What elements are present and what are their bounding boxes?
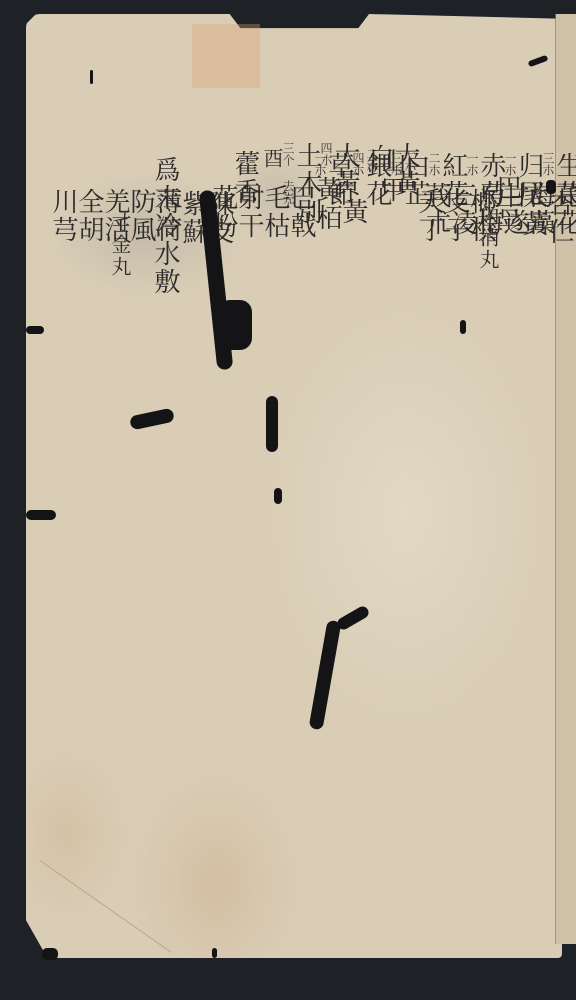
- ingredient: 全胡: [76, 188, 102, 246]
- ingredient: 归尾: [516, 152, 542, 208]
- ink-blot: [266, 396, 278, 452]
- seal-stain: [192, 24, 260, 88]
- ingredient: 防風: [128, 188, 154, 246]
- ingredient: 藿香: [232, 150, 258, 246]
- ingredient: 毛枯: [262, 184, 288, 240]
- ingredient: 黃栢: [314, 176, 340, 240]
- ingredient: 生芪: [554, 152, 576, 208]
- ink-blot: [26, 510, 56, 520]
- ink-blot: [42, 948, 58, 960]
- ink-blot: [218, 300, 252, 350]
- ingredient: 大黃: [392, 142, 418, 240]
- ingredient: 薄荷: [154, 188, 180, 246]
- ink-blot: [212, 948, 217, 958]
- ingredient: 紅花: [440, 152, 466, 208]
- ink-blot: [460, 320, 466, 334]
- ingredient: 白: [366, 144, 392, 240]
- ink-blot: [274, 488, 282, 504]
- ink-blot: [546, 180, 556, 194]
- ingredient: 巴戟: [288, 184, 314, 240]
- ingredient: 赤芍: [478, 152, 504, 208]
- ink-blot: [26, 326, 44, 334]
- column-9: 藿香 陳皮 紫蘇 薄荷 防風 羌活 全胡 川芎: [50, 150, 258, 246]
- ingredient: 羌活: [102, 188, 128, 246]
- ink-blot: [90, 70, 93, 84]
- ingredient: 黃: [340, 198, 366, 240]
- ingredient: 川芎: [50, 188, 76, 246]
